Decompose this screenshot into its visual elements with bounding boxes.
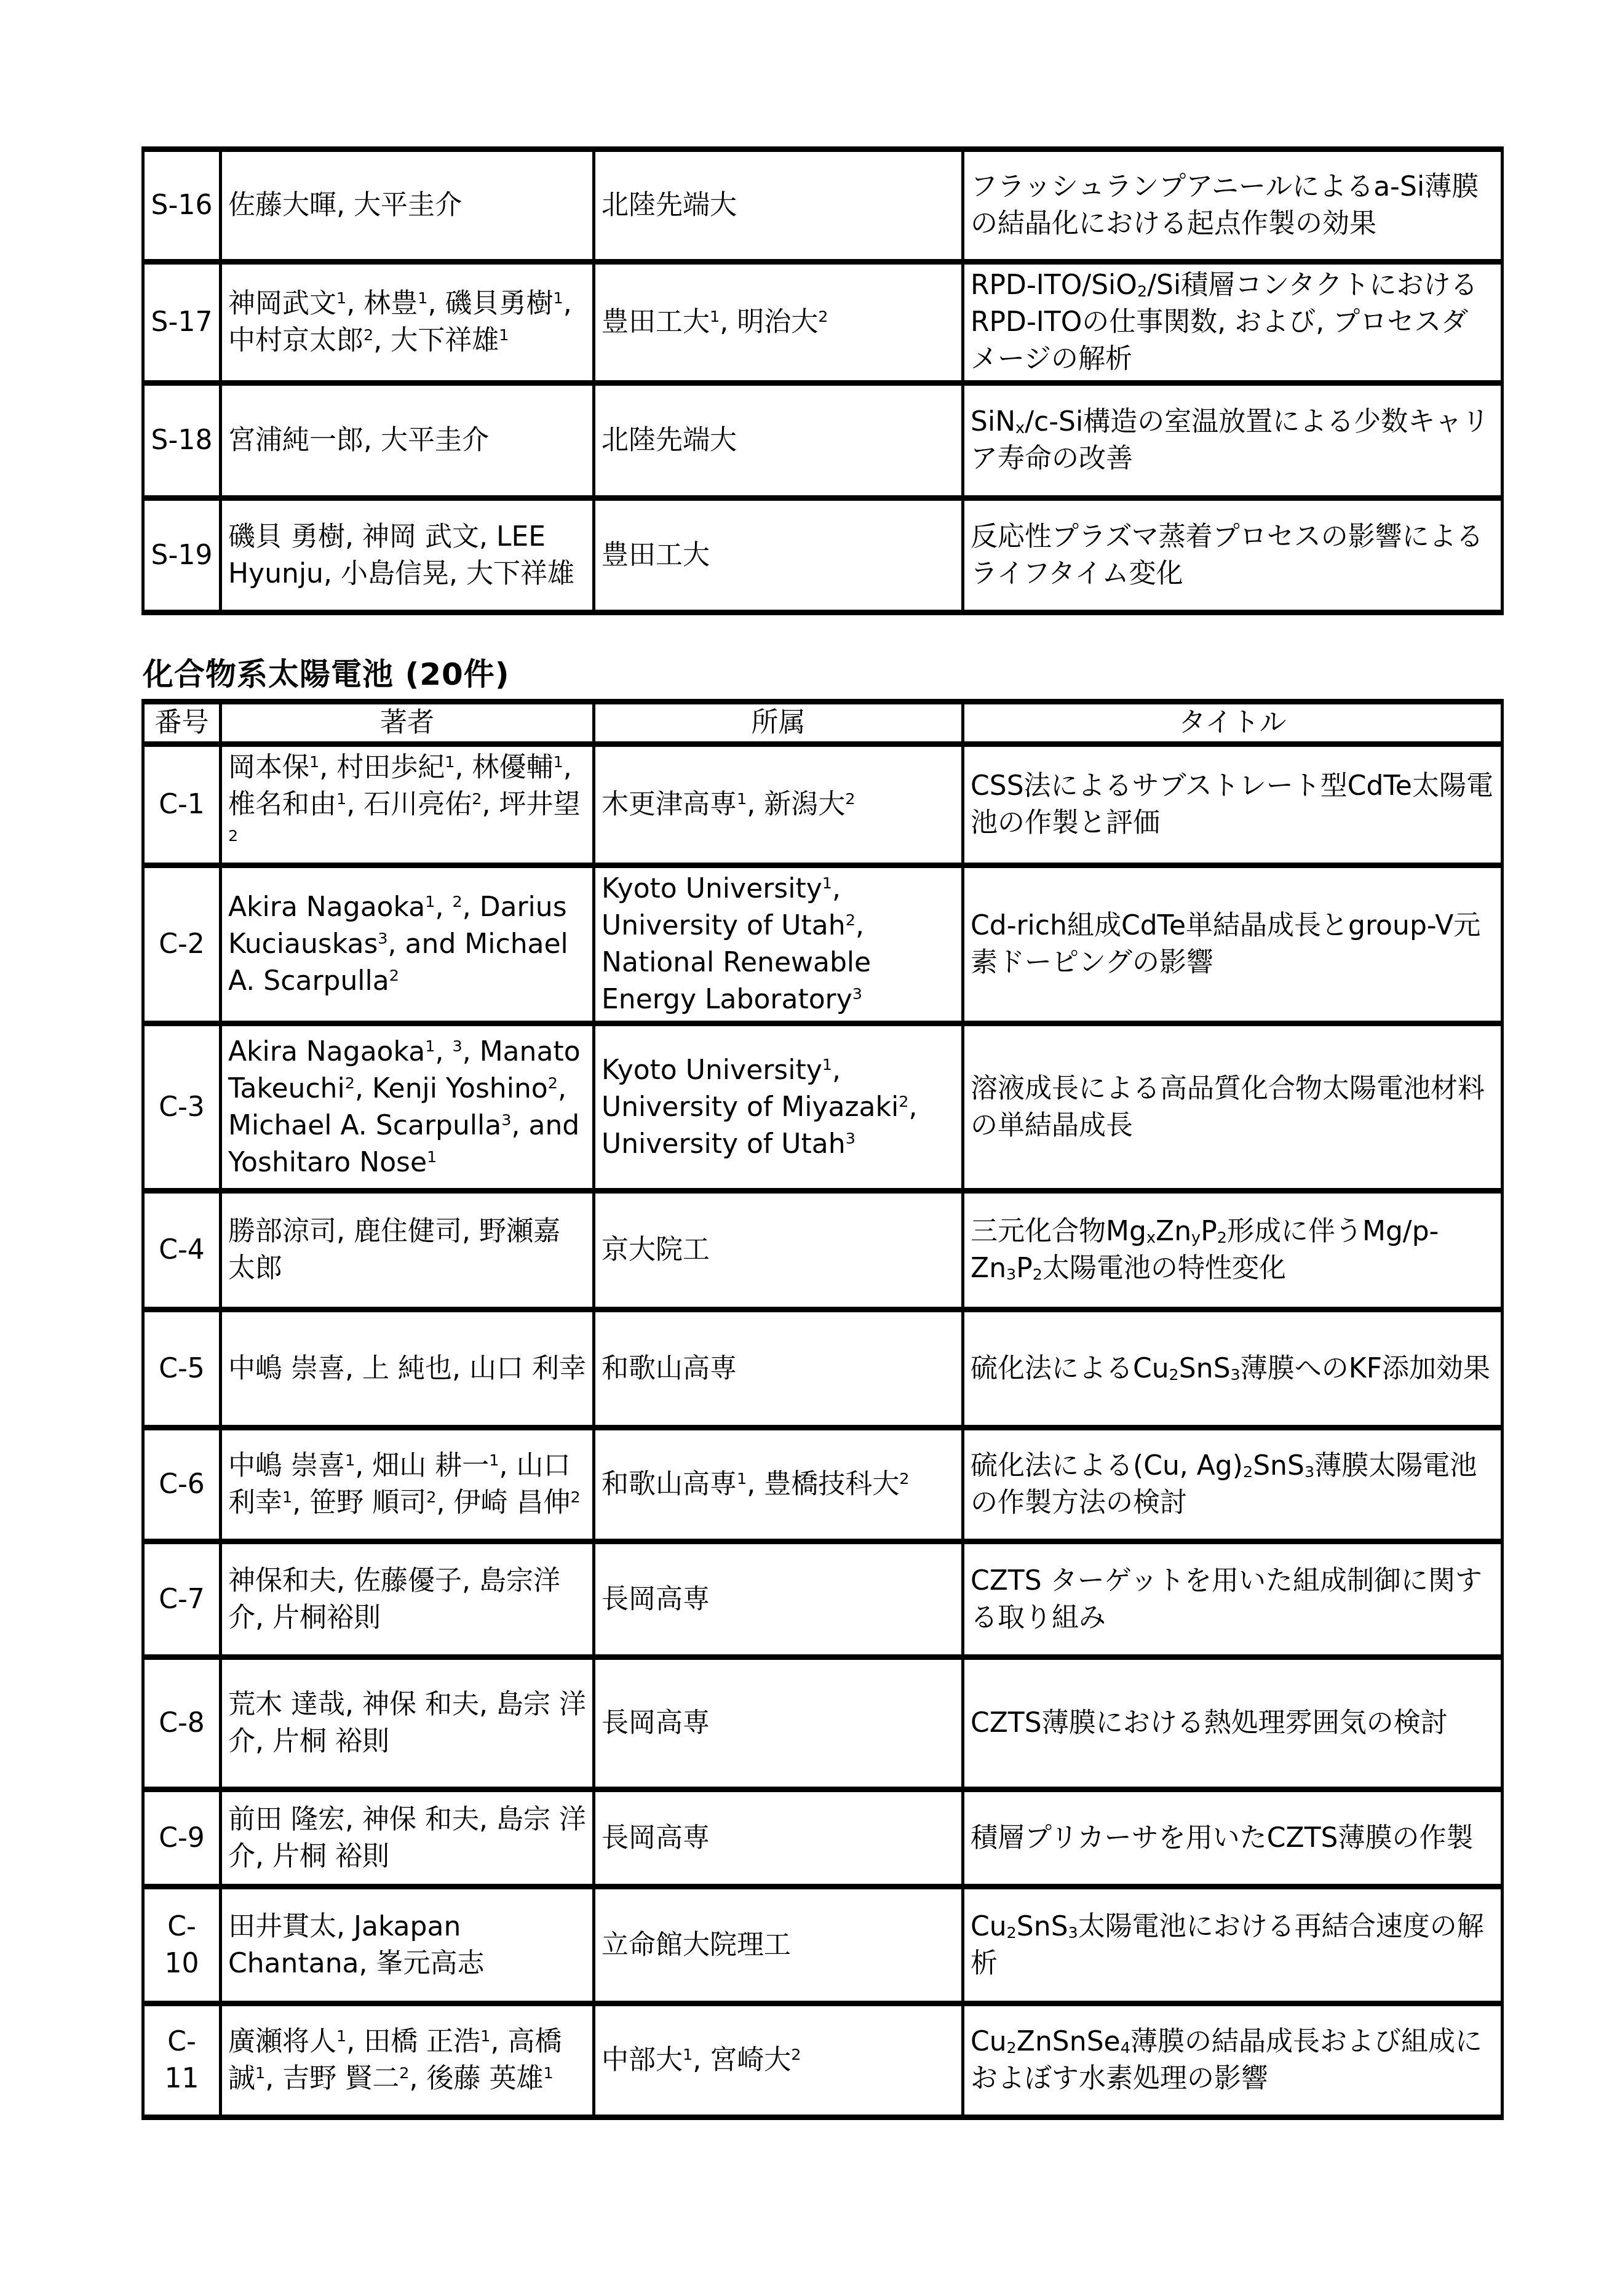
session-id-cell: C-9 [143,1790,221,1887]
authors-cell: 廣瀬将人1, 田橋 正浩1, 高橋 誠1, 吉野 賢二2, 後藤 英雄1 [221,2004,594,2118]
table-row: C-6 中嶋 崇喜1, 畑山 耕一1, 山口 利幸1, 笹野 順司2, 伊崎 昌… [143,1428,1503,1542]
col-header-authors: 著者 [221,702,594,744]
title-cell: 三元化合物MgxZnyP2形成に伴うMg/p-Zn3P2太陽電池の特性変化 [963,1191,1503,1310]
affiliation-cell: 木更津高専1, 新潟大2 [594,744,963,866]
affiliation-cell: 長岡高専 [594,1790,963,1887]
affiliation-cell: 和歌山高専 [594,1310,963,1428]
affiliation-cell: 長岡高専 [594,1657,963,1790]
affiliation-cell: 和歌山高専1, 豊橋技科大2 [594,1428,963,1542]
session-id-cell: C-2 [143,866,221,1024]
session-id-cell: S-16 [143,149,221,262]
affiliation-cell: 北陸先端大 [594,383,963,498]
title-cell: Cd-rich組成CdTe単結晶成長とgroup-V元素ドーピングの影響 [963,866,1503,1024]
title-cell: CSS法によるサブストレート型CdTe太陽電池の作製と評価 [963,744,1503,866]
document-page: S-16 佐藤大暉, 大平圭介 北陸先端大 フラッシュランプアニールによるa-S… [0,0,1620,2296]
title-cell: 溶液成長による高品質化合物太陽電池材料の単結晶成長 [963,1024,1503,1191]
session-id-cell: C-4 [143,1191,221,1310]
table-row: S-16 佐藤大暉, 大平圭介 北陸先端大 フラッシュランプアニールによるa-S… [143,149,1503,262]
table-row: S-18 宮浦純一郎, 大平圭介 北陸先端大 SiNx/c-Si構造の室温放置に… [143,383,1503,498]
title-cell: CZTS薄膜における熱処理雰囲気の検討 [963,1657,1503,1790]
session-id-cell: S-18 [143,383,221,498]
session-id-cell: C-1 [143,744,221,866]
session-id-cell: S-19 [143,498,221,613]
table-row: C-10 田井貫太, Jakapan Chantana, 峯元高志 立命館大院理… [143,1887,1503,2004]
table-header-row: 番号 著者 所属 タイトル [143,702,1503,744]
affiliation-cell: 豊田工大1, 明治大2 [594,262,963,383]
title-cell: 反応性プラズマ蒸着プロセスの影響によるライフタイム変化 [963,498,1503,613]
authors-cell: 中嶋 崇喜1, 畑山 耕一1, 山口 利幸1, 笹野 順司2, 伊崎 昌伸2 [221,1428,594,1542]
session-id-cell: C-6 [143,1428,221,1542]
title-cell: 硫化法による(Cu, Ag)2SnS3薄膜太陽電池の作製方法の検討 [963,1428,1503,1542]
authors-cell: Akira Nagaoka1, 2, Darius Kuciauskas3, a… [221,866,594,1024]
table-row: C-11 廣瀬将人1, 田橋 正浩1, 高橋 誠1, 吉野 賢二2, 後藤 英雄… [143,2004,1503,2118]
table-row: C-1 岡本保1, 村田歩紀1, 林優輔1, 椎名和由1, 石川亮佑2, 坪井望… [143,744,1503,866]
table-row: S-17 神岡武文1, 林豊1, 磯貝勇樹1, 中村京太郎2, 大下祥雄1 豊田… [143,262,1503,383]
authors-cell: 中嶋 崇喜, 上 純也, 山口 利幸 [221,1310,594,1428]
authors-cell: 佐藤大暉, 大平圭介 [221,149,594,262]
table-row: C-4 勝部涼司, 鹿住健司, 野瀬嘉太郎 京大院工 三元化合物MgxZnyP2… [143,1191,1503,1310]
authors-cell: 神岡武文1, 林豊1, 磯貝勇樹1, 中村京太郎2, 大下祥雄1 [221,262,594,383]
affiliation-cell: 北陸先端大 [594,149,963,262]
table-row: C-3 Akira Nagaoka1, 3, Manato Takeuchi2,… [143,1024,1503,1191]
table-row: S-19 磯貝 勇樹, 神岡 武文, LEE Hyunju, 小島信晃, 大下祥… [143,498,1503,613]
session-id-cell: C-5 [143,1310,221,1428]
authors-cell: 神保和夫, 佐藤優子, 島宗洋介, 片桐裕則 [221,1542,594,1657]
session-id-cell: C-7 [143,1542,221,1657]
authors-cell: 前田 隆宏, 神保 和夫, 島宗 洋介, 片桐 裕則 [221,1790,594,1887]
table-row: C-2 Akira Nagaoka1, 2, Darius Kuciauskas… [143,866,1503,1024]
authors-cell: 磯貝 勇樹, 神岡 武文, LEE Hyunju, 小島信晃, 大下祥雄 [221,498,594,613]
col-header-affiliation: 所属 [594,702,963,744]
title-cell: 硫化法によるCu2SnS3薄膜へのKF添加効果 [963,1310,1503,1428]
title-cell: SiNx/c-Si構造の室温放置による少数キャリア寿命の改善 [963,383,1503,498]
title-cell: フラッシュランプアニールによるa-Si薄膜の結晶化における起点作製の効果 [963,149,1503,262]
section-heading: 化合物系太陽電池 (20件) [143,650,510,694]
session-table-silicon: S-16 佐藤大暉, 大平圭介 北陸先端大 フラッシュランプアニールによるa-S… [141,146,1504,615]
title-cell: 積層プリカーサを用いたCZTS薄膜の作製 [963,1790,1503,1887]
authors-cell: 岡本保1, 村田歩紀1, 林優輔1, 椎名和由1, 石川亮佑2, 坪井望2 [221,744,594,866]
affiliation-cell: 長岡高専 [594,1542,963,1657]
affiliation-cell: 立命館大院理工 [594,1887,963,2004]
session-id-cell: C-11 [143,2004,221,2118]
affiliation-cell: Kyoto University1, University of Utah2, … [594,866,963,1024]
session-table-compound: 番号 著者 所属 タイトル C-1 岡本保1, 村田歩紀1, 林優輔1, 椎名和… [141,699,1504,2120]
session-id-cell: C-3 [143,1024,221,1191]
authors-cell: Akira Nagaoka1, 3, Manato Takeuchi2, Ken… [221,1024,594,1191]
table-row: C-9 前田 隆宏, 神保 和夫, 島宗 洋介, 片桐 裕則 長岡高専 積層プリ… [143,1790,1503,1887]
table-row: C-7 神保和夫, 佐藤優子, 島宗洋介, 片桐裕則 長岡高専 CZTS ターゲ… [143,1542,1503,1657]
affiliation-cell: 京大院工 [594,1191,963,1310]
authors-cell: 荒木 達哉, 神保 和夫, 島宗 洋介, 片桐 裕則 [221,1657,594,1790]
affiliation-cell: Kyoto University1, University of Miyazak… [594,1024,963,1191]
title-cell: CZTS ターゲットを用いた組成制御に関する取り組み [963,1542,1503,1657]
table-row: C-5 中嶋 崇喜, 上 純也, 山口 利幸 和歌山高専 硫化法によるCu2Sn… [143,1310,1503,1428]
col-header-number: 番号 [143,702,221,744]
session-id-cell: C-10 [143,1887,221,2004]
authors-cell: 田井貫太, Jakapan Chantana, 峯元高志 [221,1887,594,2004]
title-cell: RPD-ITO/SiO2/Si積層コンタクトにおけるRPD-ITOの仕事関数, … [963,262,1503,383]
session-id-cell: C-8 [143,1657,221,1790]
affiliation-cell: 豊田工大 [594,498,963,613]
authors-cell: 宮浦純一郎, 大平圭介 [221,383,594,498]
session-id-cell: S-17 [143,262,221,383]
title-cell: Cu2SnS3太陽電池における再結合速度の解析 [963,1887,1503,2004]
table-row: C-8 荒木 達哉, 神保 和夫, 島宗 洋介, 片桐 裕則 長岡高専 CZTS… [143,1657,1503,1790]
title-cell: Cu2ZnSnSe4薄膜の結晶成長および組成におよぼす水素処理の影響 [963,2004,1503,2118]
authors-cell: 勝部涼司, 鹿住健司, 野瀬嘉太郎 [221,1191,594,1310]
affiliation-cell: 中部大1, 宮崎大2 [594,2004,963,2118]
col-header-title: タイトル [963,702,1503,744]
